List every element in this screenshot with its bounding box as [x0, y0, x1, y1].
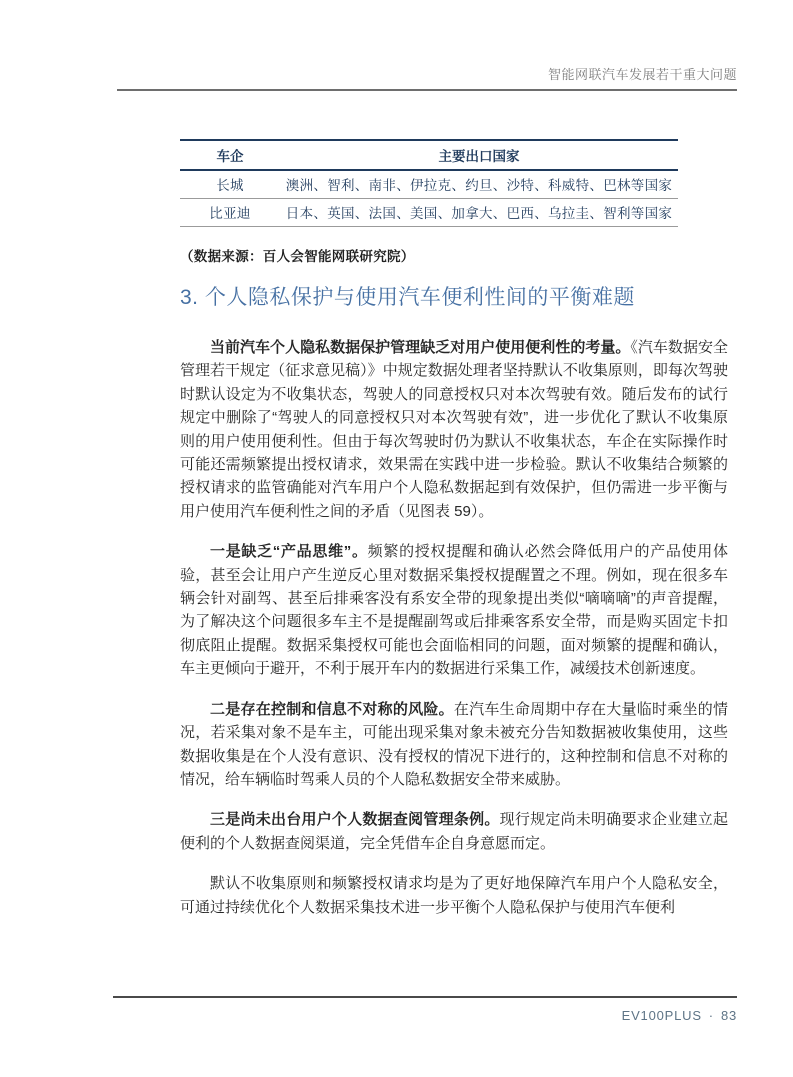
column-header-company: 车企: [180, 140, 280, 170]
page-footer: EV100PLUS · 83: [622, 1008, 737, 1023]
paragraph: 三是尚未出台用户个人数据查阅管理条例。现行规定尚未明确要求企业建立起便利的个人数…: [180, 808, 728, 855]
cell-countries: 澳洲、智利、南非、伊拉克、约旦、沙特、科威特、巴林等国家: [280, 170, 678, 198]
data-source-note: （数据来源：百人会智能网联研究院）: [180, 245, 415, 265]
paragraph-lead: 一是缺乏“产品思维”。: [210, 543, 368, 560]
paragraph-lead: 当前汽车个人隐私数据保护管理缺乏对用户使用便利性的考量。: [210, 339, 630, 356]
header-rule: [117, 89, 737, 91]
running-header-title: 智能网联汽车发展若干重大问题: [548, 64, 737, 83]
cell-company: 长城: [180, 170, 280, 198]
paragraph-text: 默认不收集原则和频繁授权请求均是为了更好地保障汽车用户个人隐私安全，可通过持续优…: [180, 875, 728, 915]
export-countries-table: 车企 主要出口国家 长城 澳洲、智利、南非、伊拉克、约旦、沙特、科威特、巴林等国…: [180, 139, 678, 227]
paragraph: 默认不收集原则和频繁授权请求均是为了更好地保障汽车用户个人隐私安全，可通过持续优…: [180, 872, 728, 919]
cell-countries: 日本、英国、法国、美国、加拿大、巴西、乌拉圭、智利等国家: [280, 198, 678, 226]
paragraph-lead: 三是尚未出台用户个人数据查阅管理条例。: [210, 811, 500, 828]
table-row: 长城 澳洲、智利、南非、伊拉克、约旦、沙特、科威特、巴林等国家: [180, 170, 678, 198]
footer-page-number: 83: [721, 1008, 737, 1023]
section-heading: 3. 个人隐私保护与使用汽车便利性间的平衡难题: [180, 281, 635, 311]
footer-rule: [113, 996, 737, 998]
paragraph: 当前汽车个人隐私数据保护管理缺乏对用户使用便利性的考量。《汽车数据安全管理若干规…: [180, 336, 728, 523]
paragraph: 二是存在控制和信息不对称的风险。在汽车生命周期中存在大量临时乘坐的情况，若采集对…: [180, 698, 728, 792]
paragraph: 一是缺乏“产品思维”。频繁的授权提醒和确认必然会降低用户的产品使用体验，甚至会让…: [180, 540, 728, 680]
footer-brand: EV100PLUS: [622, 1008, 702, 1023]
body-text: 当前汽车个人隐私数据保护管理缺乏对用户使用便利性的考量。《汽车数据安全管理若干规…: [180, 336, 728, 919]
table-row: 比亚迪 日本、英国、法国、美国、加拿大、巴西、乌拉圭、智利等国家: [180, 198, 678, 226]
paragraph-lead: 二是存在控制和信息不对称的风险。: [210, 701, 454, 718]
table-header-row: 车企 主要出口国家: [180, 140, 678, 170]
paragraph-text: 《汽车数据安全管理若干规定（征求意见稿）》中规定数据处理者坚持默认不收集原则，即…: [180, 339, 728, 520]
cell-company: 比亚迪: [180, 198, 280, 226]
column-header-countries: 主要出口国家: [280, 140, 678, 170]
document-page: 智能网联汽车发展若干重大问题 车企 主要出口国家 长城 澳洲、智利、南非、伊拉克…: [0, 0, 793, 1077]
footer-separator: ·: [709, 1008, 714, 1023]
paragraph-text: 频繁的授权提醒和确认必然会降低用户的产品使用体验，甚至会让用户产生逆反心里对数据…: [180, 543, 728, 677]
